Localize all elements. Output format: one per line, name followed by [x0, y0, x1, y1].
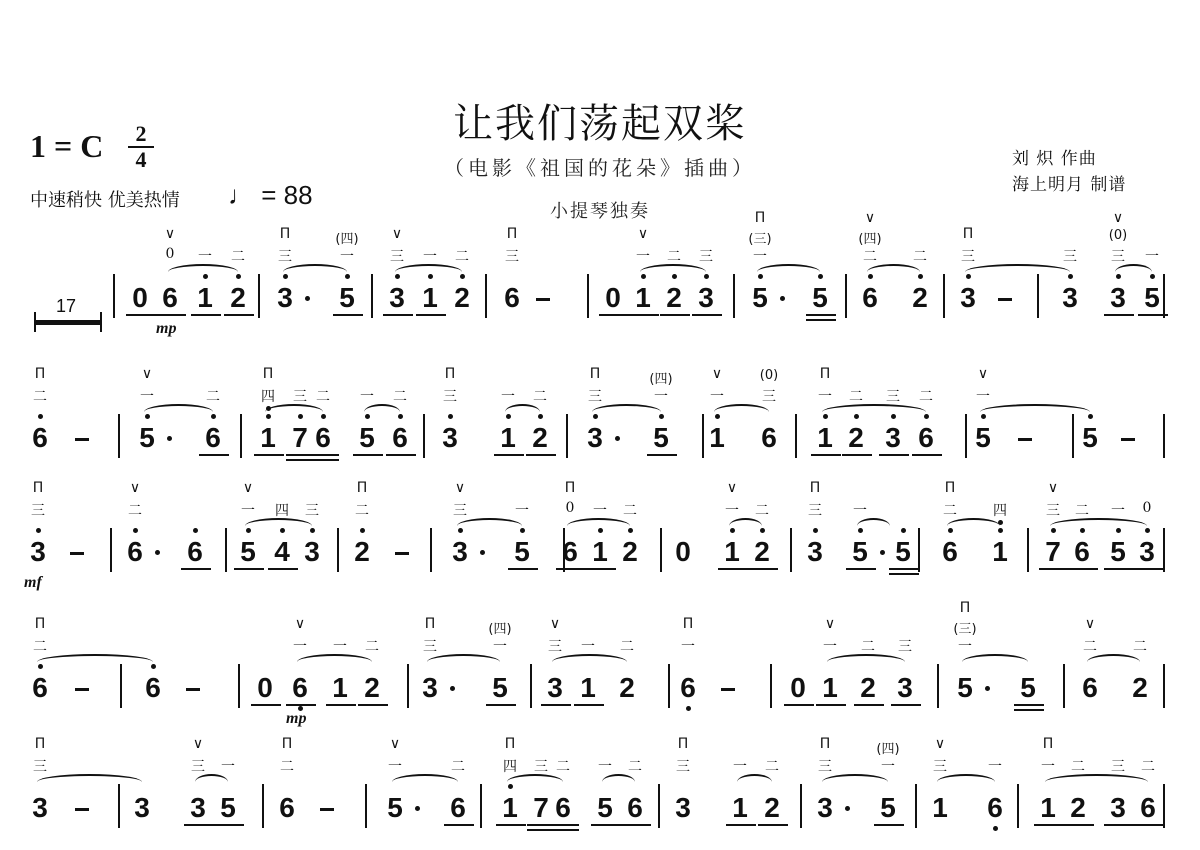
fingering-三: 三 — [419, 636, 441, 656]
fingering-二: 二 — [939, 500, 961, 520]
octave-up-dot — [901, 528, 906, 533]
fingering-三: 三 — [187, 756, 209, 776]
fingering-三: 三 — [758, 386, 780, 406]
fingering-一: 一 — [419, 246, 441, 266]
barline — [943, 274, 945, 318]
down-bow-icon: П — [504, 226, 520, 242]
barline — [790, 528, 792, 572]
slur — [737, 774, 772, 790]
fingering-三: 三 — [289, 386, 311, 406]
underline-eighth — [621, 824, 651, 826]
note-5: 5 — [651, 424, 671, 452]
underline-eighth — [1104, 824, 1134, 826]
barline — [1163, 414, 1165, 458]
sustain-dash — [395, 552, 409, 555]
fingering-三: 三 — [1059, 246, 1081, 266]
down-bow-icon: П — [817, 366, 833, 382]
note-6: 6 — [916, 424, 936, 452]
underline-eighth — [326, 704, 356, 706]
slur — [714, 404, 769, 420]
note-1: 1 — [420, 284, 440, 312]
barline — [423, 414, 425, 458]
note-5: 5 — [1108, 538, 1128, 566]
fingering-三: 三 — [1107, 246, 1129, 266]
underline-eighth — [816, 704, 846, 706]
fingering-一: 一 — [194, 246, 216, 266]
note-6: 6 — [448, 794, 468, 822]
note-5: 5 — [1018, 674, 1038, 702]
fingering-一: 一 — [954, 636, 976, 656]
augmentation-dot — [305, 296, 310, 301]
octave-up-dot — [193, 528, 198, 533]
slur — [1045, 774, 1148, 790]
note-5: 5 — [337, 284, 357, 312]
slur — [822, 404, 926, 420]
barline — [430, 528, 432, 572]
slur — [827, 654, 905, 670]
note-6: 6 — [553, 794, 573, 822]
up-bow-icon: ∨ — [1082, 616, 1098, 632]
tempo-value: = 88 — [261, 180, 312, 210]
underline-eighth — [126, 314, 156, 316]
sustain-dash — [721, 688, 735, 691]
fingering-一: 一 — [632, 246, 654, 266]
underline-eighth — [1133, 568, 1163, 570]
underline-eighth — [874, 824, 904, 826]
note-1: 1 — [498, 424, 518, 452]
fingering-三: 三 — [29, 756, 51, 776]
note-5: 5 — [357, 424, 377, 452]
composer-credit: 刘 炽 作曲 — [1012, 144, 1097, 169]
down-bow-icon: П — [942, 480, 958, 496]
fingering-二: 二 — [1137, 756, 1159, 776]
fingering-一: 一 — [721, 500, 743, 520]
note-1: 1 — [633, 284, 653, 312]
barline — [668, 664, 670, 708]
fingering-二: 二 — [1079, 636, 1101, 656]
underline-eighth — [784, 704, 814, 706]
note-5: 5 — [878, 794, 898, 822]
note-3: 3 — [420, 674, 440, 702]
note-2: 2 — [1130, 674, 1150, 702]
down-bow-icon: П — [422, 616, 438, 632]
song-title: 让我们荡起双桨 — [0, 92, 1200, 149]
underline-sixteenth — [889, 573, 919, 575]
barline — [485, 274, 487, 318]
sustain-dash — [75, 688, 89, 691]
underline-eighth — [1104, 314, 1134, 316]
barline — [770, 664, 772, 708]
up-bow-icon: ∨ — [387, 736, 403, 752]
fingering-0: 0 — [1136, 500, 1158, 516]
slur — [1087, 654, 1140, 670]
slur — [947, 518, 1000, 534]
fingering-一: 一 — [877, 756, 899, 776]
slur — [937, 774, 995, 790]
up-bow-icon: ∨ — [452, 480, 468, 496]
barline — [587, 274, 589, 318]
fingering-二: 二 — [1067, 756, 1089, 776]
underline-eighth — [912, 454, 942, 456]
underline-eighth — [660, 314, 690, 316]
slur — [592, 404, 661, 420]
fingering-三: 三 — [584, 386, 606, 406]
note-2: 2 — [452, 284, 472, 312]
note-3: 3 — [805, 538, 825, 566]
underline-eighth — [386, 454, 416, 456]
fingering-三: 三 — [439, 386, 461, 406]
string-indication: (四) — [870, 738, 906, 757]
up-bow-icon: ∨ — [932, 736, 948, 752]
fingering-一: 一 — [1141, 246, 1163, 266]
note-1: 1 — [500, 794, 520, 822]
slur — [962, 654, 1028, 670]
sustain-dash — [320, 808, 334, 811]
down-bow-icon: П — [817, 736, 833, 752]
note-6: 6 — [860, 284, 880, 312]
up-bow-icon: ∨ — [709, 366, 725, 382]
sustain-dash — [536, 298, 550, 301]
slur — [195, 774, 228, 790]
slur — [364, 404, 400, 420]
note-6: 6 — [313, 424, 333, 452]
note-2: 2 — [752, 538, 772, 566]
underline-eighth — [726, 824, 756, 826]
fingering-一: 一 — [217, 756, 239, 776]
down-bow-icon: П — [279, 736, 295, 752]
barline — [658, 784, 660, 828]
note-0: 0 — [603, 284, 623, 312]
fingering-二: 二 — [859, 246, 881, 266]
slur — [427, 654, 500, 670]
note-2: 2 — [910, 284, 930, 312]
note-6: 6 — [1138, 794, 1158, 822]
note-6: 6 — [277, 794, 297, 822]
fingering-一: 一 — [1107, 500, 1129, 520]
slur — [144, 404, 213, 420]
underline-eighth — [286, 704, 316, 706]
note-2: 2 — [228, 284, 248, 312]
underline-eighth — [748, 568, 778, 570]
fingering-一: 一 — [577, 636, 599, 656]
underline-eighth — [549, 824, 579, 826]
underline-eighth — [629, 314, 659, 316]
slur — [757, 264, 820, 280]
time-signature-denominator: 4 — [136, 147, 147, 172]
barline — [240, 414, 242, 458]
note-5: 5 — [385, 794, 405, 822]
fingering-一: 一 — [650, 386, 672, 406]
note-1: 1 — [1038, 794, 1058, 822]
underline-eighth — [444, 824, 474, 826]
barline — [113, 274, 115, 318]
up-bow-icon: ∨ — [389, 226, 405, 242]
slur — [867, 264, 920, 280]
up-bow-icon: ∨ — [1045, 480, 1061, 496]
fingering-四: 四 — [271, 500, 293, 520]
barline — [702, 414, 704, 458]
up-bow-icon: ∨ — [724, 480, 740, 496]
string-indication: (四) — [643, 368, 679, 387]
note-6: 6 — [143, 674, 163, 702]
fingering-二: 二 — [351, 500, 373, 520]
slur — [640, 264, 706, 280]
fingering-四: 四 — [257, 386, 279, 406]
underline-eighth — [846, 568, 876, 570]
note-1: 1 — [195, 284, 215, 312]
underline-sixteenth — [806, 319, 836, 321]
fingering-三: 三 — [1042, 500, 1064, 520]
fingering-二: 二 — [451, 246, 473, 266]
augmentation-dot — [480, 550, 485, 555]
fingering-一: 一 — [984, 756, 1006, 776]
fingering-二: 二 — [361, 636, 383, 656]
underline-eighth — [1034, 824, 1064, 826]
fingering-三: 三 — [695, 246, 717, 266]
slur — [965, 264, 1070, 280]
up-bow-icon: ∨ — [240, 480, 256, 496]
note-0: 0 — [788, 674, 808, 702]
slur — [822, 774, 888, 790]
sustain-dash — [1018, 438, 1032, 441]
fingering-0: 0 — [559, 500, 581, 516]
fingering-二: 二 — [909, 246, 931, 266]
fingering-一: 一 — [594, 756, 616, 776]
note-3: 3 — [545, 674, 565, 702]
down-bow-icon: П — [675, 736, 691, 752]
up-bow-icon: ∨ — [190, 736, 206, 752]
barline — [225, 528, 227, 572]
fingering-一: 一 — [819, 636, 841, 656]
underline-eighth — [358, 704, 388, 706]
down-bow-icon: П — [957, 600, 973, 616]
fingering-三: 三 — [929, 756, 951, 776]
string-indication: (三) — [947, 618, 983, 637]
slur — [1115, 264, 1152, 280]
dynamic-mf: mf — [24, 574, 42, 592]
up-bow-icon: ∨ — [127, 480, 143, 496]
underline-eighth — [199, 454, 229, 456]
rest-bar — [34, 320, 102, 325]
sustain-dash — [75, 438, 89, 441]
barline — [845, 274, 847, 318]
note-6: 6 — [30, 674, 50, 702]
string-indication: (三) — [742, 228, 778, 247]
fingering-三: 三 — [957, 246, 979, 266]
barline — [1072, 414, 1074, 458]
note-1: 1 — [330, 674, 350, 702]
barline — [733, 274, 735, 318]
fingering-一: 一 — [729, 756, 751, 776]
fingering-一: 一 — [972, 386, 994, 406]
sustain-dash — [186, 688, 200, 691]
string-indication: (0) — [751, 368, 787, 383]
underline-eighth — [1068, 568, 1098, 570]
note-6: 6 — [125, 538, 145, 566]
slur — [857, 518, 890, 534]
note-3: 3 — [132, 794, 152, 822]
dynamic-mp: mp — [156, 320, 176, 338]
note-6: 6 — [625, 794, 645, 822]
barline — [1037, 274, 1039, 318]
slur — [245, 518, 312, 534]
down-bow-icon: П — [807, 480, 823, 496]
underline-eighth — [718, 568, 748, 570]
barline — [1163, 274, 1165, 318]
note-3: 3 — [302, 538, 322, 566]
note-5: 5 — [512, 538, 532, 566]
note-1: 1 — [730, 794, 750, 822]
sustain-dash — [75, 808, 89, 811]
barline — [915, 784, 917, 828]
underline-eighth — [496, 824, 526, 826]
up-bow-icon: ∨ — [1110, 210, 1126, 226]
note-6: 6 — [203, 424, 223, 452]
up-bow-icon: ∨ — [162, 226, 178, 242]
fingering-一: 一 — [1037, 756, 1059, 776]
underline-eighth — [556, 568, 586, 570]
augmentation-dot — [415, 806, 420, 811]
note-5: 5 — [490, 674, 510, 702]
octave-up-dot — [38, 414, 43, 419]
fingering-三: 三 — [544, 636, 566, 656]
slur — [602, 774, 635, 790]
note-5: 5 — [955, 674, 975, 702]
up-bow-icon: ∨ — [292, 616, 308, 632]
fingering-二: 二 — [29, 386, 51, 406]
time-signature: 2 4 — [128, 124, 154, 170]
fingering-三: 三 — [274, 246, 296, 266]
slur — [283, 264, 347, 280]
note-1: 1 — [578, 674, 598, 702]
underline-eighth — [599, 314, 629, 316]
note-3: 3 — [585, 424, 605, 452]
underline-sixteenth — [549, 829, 579, 831]
note-3: 3 — [673, 794, 693, 822]
barline — [365, 784, 367, 828]
barline — [238, 664, 240, 708]
down-bow-icon: П — [32, 366, 48, 382]
underline-eighth — [692, 314, 722, 316]
fingering-一: 一 — [237, 500, 259, 520]
note-1: 1 — [722, 538, 742, 566]
barline — [965, 414, 967, 458]
string-indication: (四) — [329, 228, 365, 247]
slur — [729, 518, 762, 534]
fingering-二: 二 — [202, 386, 224, 406]
fingering-二: 二 — [845, 386, 867, 406]
fingering-二: 二 — [761, 756, 783, 776]
underline-eighth — [647, 454, 677, 456]
key-signature: 1 = C — [30, 128, 103, 165]
underline-eighth — [1064, 824, 1094, 826]
barline — [1163, 528, 1165, 572]
note-2: 2 — [846, 424, 866, 452]
underline-eighth — [251, 704, 281, 706]
fingering-三: 三 — [301, 500, 323, 520]
barline — [118, 414, 120, 458]
underline-eighth — [508, 568, 538, 570]
fingering-二: 二 — [616, 636, 638, 656]
underline-eighth — [891, 704, 921, 706]
fingering-二: 二 — [751, 500, 773, 520]
underline-eighth — [309, 454, 339, 456]
fingering-二: 二 — [619, 500, 641, 520]
string-indication: (0) — [1100, 228, 1136, 243]
note-6: 6 — [759, 424, 779, 452]
underline-eighth — [889, 568, 919, 570]
barline — [918, 528, 920, 572]
underline-eighth — [181, 568, 211, 570]
note-6: 6 — [985, 794, 1005, 822]
note-2: 2 — [664, 284, 684, 312]
fingering-四: 四 — [989, 500, 1011, 520]
underline-eighth — [574, 704, 604, 706]
slur — [980, 404, 1090, 420]
underline-eighth — [1134, 824, 1164, 826]
underline-eighth — [191, 314, 221, 316]
note-1: 1 — [930, 794, 950, 822]
tempo-text: 中速稍快 优美热情 — [30, 186, 180, 212]
fingering-二: 二 — [1129, 636, 1151, 656]
fingering-一: 一 — [384, 756, 406, 776]
underline-eighth — [591, 824, 621, 826]
note-5: 5 — [137, 424, 157, 452]
note-3: 3 — [958, 284, 978, 312]
up-bow-icon: ∨ — [822, 616, 838, 632]
fingering-一: 一 — [289, 636, 311, 656]
note-4: 4 — [272, 538, 292, 566]
note-5: 5 — [1080, 424, 1100, 452]
note-2: 2 — [352, 538, 372, 566]
tempo-marking: ♩ = 88 — [228, 180, 313, 211]
fingering-一: 一 — [329, 636, 351, 656]
quarter-note-icon: ♩ — [228, 180, 254, 210]
underline-eighth — [1014, 704, 1044, 706]
slur — [552, 654, 627, 670]
fingering-一: 一 — [589, 500, 611, 520]
note-6: 6 — [678, 674, 698, 702]
note-6: 6 — [390, 424, 410, 452]
fingering-一: 一 — [336, 246, 358, 266]
note-2: 2 — [620, 538, 640, 566]
underline-eighth — [1104, 568, 1134, 570]
note-3: 3 — [696, 284, 716, 312]
underline-eighth — [353, 454, 383, 456]
underline-eighth — [184, 824, 214, 826]
note-3: 3 — [1108, 284, 1128, 312]
augmentation-dot — [155, 550, 160, 555]
underline-sixteenth — [309, 459, 339, 461]
note-2: 2 — [530, 424, 550, 452]
note-1: 1 — [815, 424, 835, 452]
underline-eighth — [254, 454, 284, 456]
down-bow-icon: П — [1040, 736, 1056, 752]
note-6: 6 — [940, 538, 960, 566]
octave-up-dot — [448, 414, 453, 419]
slur — [392, 774, 458, 790]
underline-eighth — [1138, 314, 1168, 316]
slur — [395, 264, 462, 280]
underline-eighth — [268, 568, 298, 570]
fingering-三: 三 — [501, 246, 523, 266]
time-signature-numerator: 2 — [136, 121, 147, 146]
fingering-二: 二 — [552, 756, 574, 776]
fingering-二: 二 — [389, 386, 411, 406]
barline — [800, 784, 802, 828]
note-3: 3 — [1060, 284, 1080, 312]
sustain-dash — [70, 552, 84, 555]
